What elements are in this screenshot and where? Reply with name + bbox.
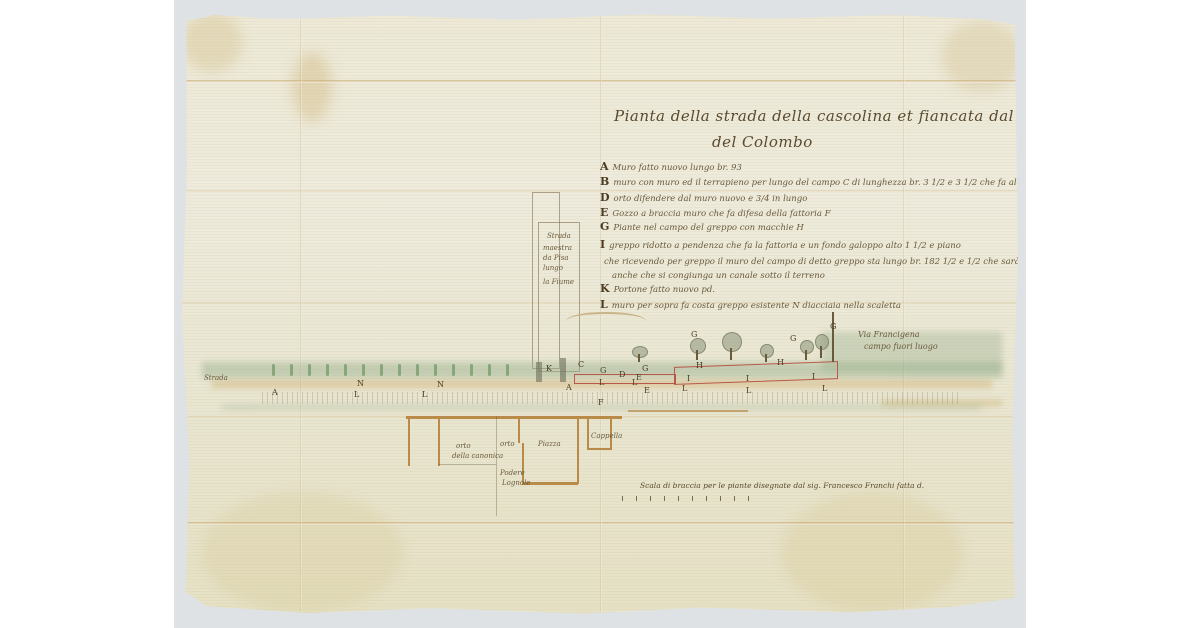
- boundary-post: [832, 312, 834, 362]
- tree: [760, 344, 774, 358]
- wall: [587, 416, 589, 450]
- tree: [800, 340, 814, 354]
- scale-tick: [664, 496, 665, 501]
- legend-item: GPiante nel campo del greppo con macchie…: [600, 220, 804, 233]
- wall-band: [262, 392, 962, 404]
- right-note-line1: Via Francigena: [858, 330, 920, 339]
- wall: [628, 410, 748, 412]
- wall: [522, 443, 524, 483]
- wall: [438, 416, 440, 466]
- map-title-line2: del Colombo: [712, 133, 813, 151]
- sapling: [488, 364, 491, 376]
- room-label: orto: [456, 442, 471, 450]
- map-letter: E: [644, 386, 650, 395]
- map-letter: N: [437, 380, 444, 389]
- room-label: Piazza: [538, 440, 561, 448]
- map-letter: F: [598, 398, 604, 407]
- sapling: [290, 364, 293, 376]
- legend-item: EGozzo a braccia muro che fa difesa dell…: [600, 206, 830, 219]
- tree-trunk: [805, 350, 807, 360]
- left-road-note: Strada: [204, 374, 228, 382]
- room-label: della canonica: [452, 452, 503, 460]
- tree-trunk: [696, 350, 698, 360]
- map-letter: G: [790, 334, 796, 343]
- sapling: [416, 364, 419, 376]
- sapling: [434, 364, 437, 376]
- map-letter: N: [357, 379, 364, 388]
- tree: [690, 338, 706, 354]
- map-letter: G: [830, 322, 836, 331]
- scale-tick: [692, 496, 693, 501]
- fold-line: [903, 12, 905, 616]
- map-letter: G: [642, 364, 648, 373]
- map-letter: I: [812, 372, 815, 381]
- wall-thin: [438, 464, 496, 465]
- room-label: Podere: [500, 469, 525, 477]
- gate-post: [560, 358, 566, 382]
- room-label: Lognole: [502, 479, 530, 487]
- map-letter: C: [578, 360, 584, 369]
- map-letter: L: [822, 384, 827, 393]
- tree: [722, 332, 742, 352]
- sapling: [272, 364, 275, 376]
- wall-thin: [496, 416, 497, 516]
- legend-item: AMuro fatto nuovo lungo br. 93: [600, 160, 742, 173]
- room-label: orto: [500, 440, 515, 448]
- scale-tick: [720, 496, 721, 501]
- string: [566, 312, 646, 330]
- room-label: Cappella: [591, 432, 622, 440]
- legend-item: anche che si congiunga un canale sotto i…: [608, 268, 825, 281]
- map-letter: L: [746, 386, 751, 395]
- tree-trunk: [820, 346, 822, 358]
- map-letter: L: [422, 390, 427, 399]
- scale-tick: [650, 496, 651, 501]
- right-note-line2: campo fuori luogo: [864, 342, 938, 351]
- legend: AMuro fatto nuovo lungo br. 93 Bmuro con…: [600, 160, 1020, 310]
- scale-tick: [734, 496, 735, 501]
- wall: [587, 448, 611, 450]
- stain: [202, 492, 402, 612]
- scale-tick: [678, 496, 679, 501]
- map-letter: L: [632, 378, 637, 387]
- tree-trunk: [638, 354, 640, 362]
- map-letter: L: [599, 378, 604, 387]
- legend-item: KPortone fatto nuovo pd.: [600, 282, 715, 295]
- fold-line: [300, 12, 302, 616]
- stain: [182, 12, 242, 72]
- tree: [632, 346, 648, 358]
- map-letter: I: [746, 374, 749, 383]
- sapling: [344, 364, 347, 376]
- legend-item: Lmuro per sopra fa costa greppo esistent…: [600, 298, 901, 311]
- sapling: [362, 364, 365, 376]
- wall: [408, 416, 410, 466]
- map-letter: K: [546, 364, 552, 373]
- scale-tick: [636, 496, 637, 501]
- sapling: [470, 364, 473, 376]
- sapling: [326, 364, 329, 376]
- sapling: [308, 364, 311, 376]
- scale-tick: [748, 496, 749, 501]
- sapling: [380, 364, 383, 376]
- map-letter: A: [272, 388, 278, 397]
- map-letter: H: [696, 361, 703, 370]
- map-letter: A: [566, 383, 572, 392]
- photograph: Pianta della strada della cascolina et f…: [174, 0, 1026, 628]
- manuscript-sheet: Pianta della strada della cascolina et f…: [182, 12, 1018, 616]
- legend-item: Igreppo ridotto a pendenza che fa la fat…: [600, 238, 961, 251]
- sapling: [506, 364, 509, 376]
- map-letter: H: [777, 358, 784, 367]
- gate-post: [536, 362, 542, 382]
- map-letter: G: [600, 366, 606, 375]
- sapling: [452, 364, 455, 376]
- map-letter: L: [354, 390, 359, 399]
- scale-tick: [706, 496, 707, 501]
- tree-trunk: [730, 348, 732, 360]
- map-letter: L: [682, 384, 687, 393]
- wall: [577, 416, 579, 484]
- legend-item: Dorto difendere dal muro nuovo e 3/4 in …: [600, 191, 807, 204]
- tree: [815, 334, 829, 350]
- scale-tick: [622, 496, 623, 501]
- sapling: [398, 364, 401, 376]
- stain: [292, 52, 332, 122]
- wall: [518, 416, 520, 443]
- map-letter: D: [619, 370, 625, 379]
- map-letter: I: [687, 374, 690, 383]
- tree-trunk: [765, 354, 767, 362]
- scale-bar: [622, 496, 752, 502]
- map-letter: G: [691, 330, 697, 339]
- map-title-line1: Pianta della strada della cascolina et f…: [614, 107, 1026, 125]
- legend-item: che ricevendo per greppo il muro del cam…: [600, 254, 1026, 267]
- scale-note: Scala di braccia per le piante disegnate…: [640, 481, 924, 490]
- stain: [782, 492, 962, 612]
- legend-item: Bmuro con muro ed il terrapieno per lung…: [600, 175, 1026, 188]
